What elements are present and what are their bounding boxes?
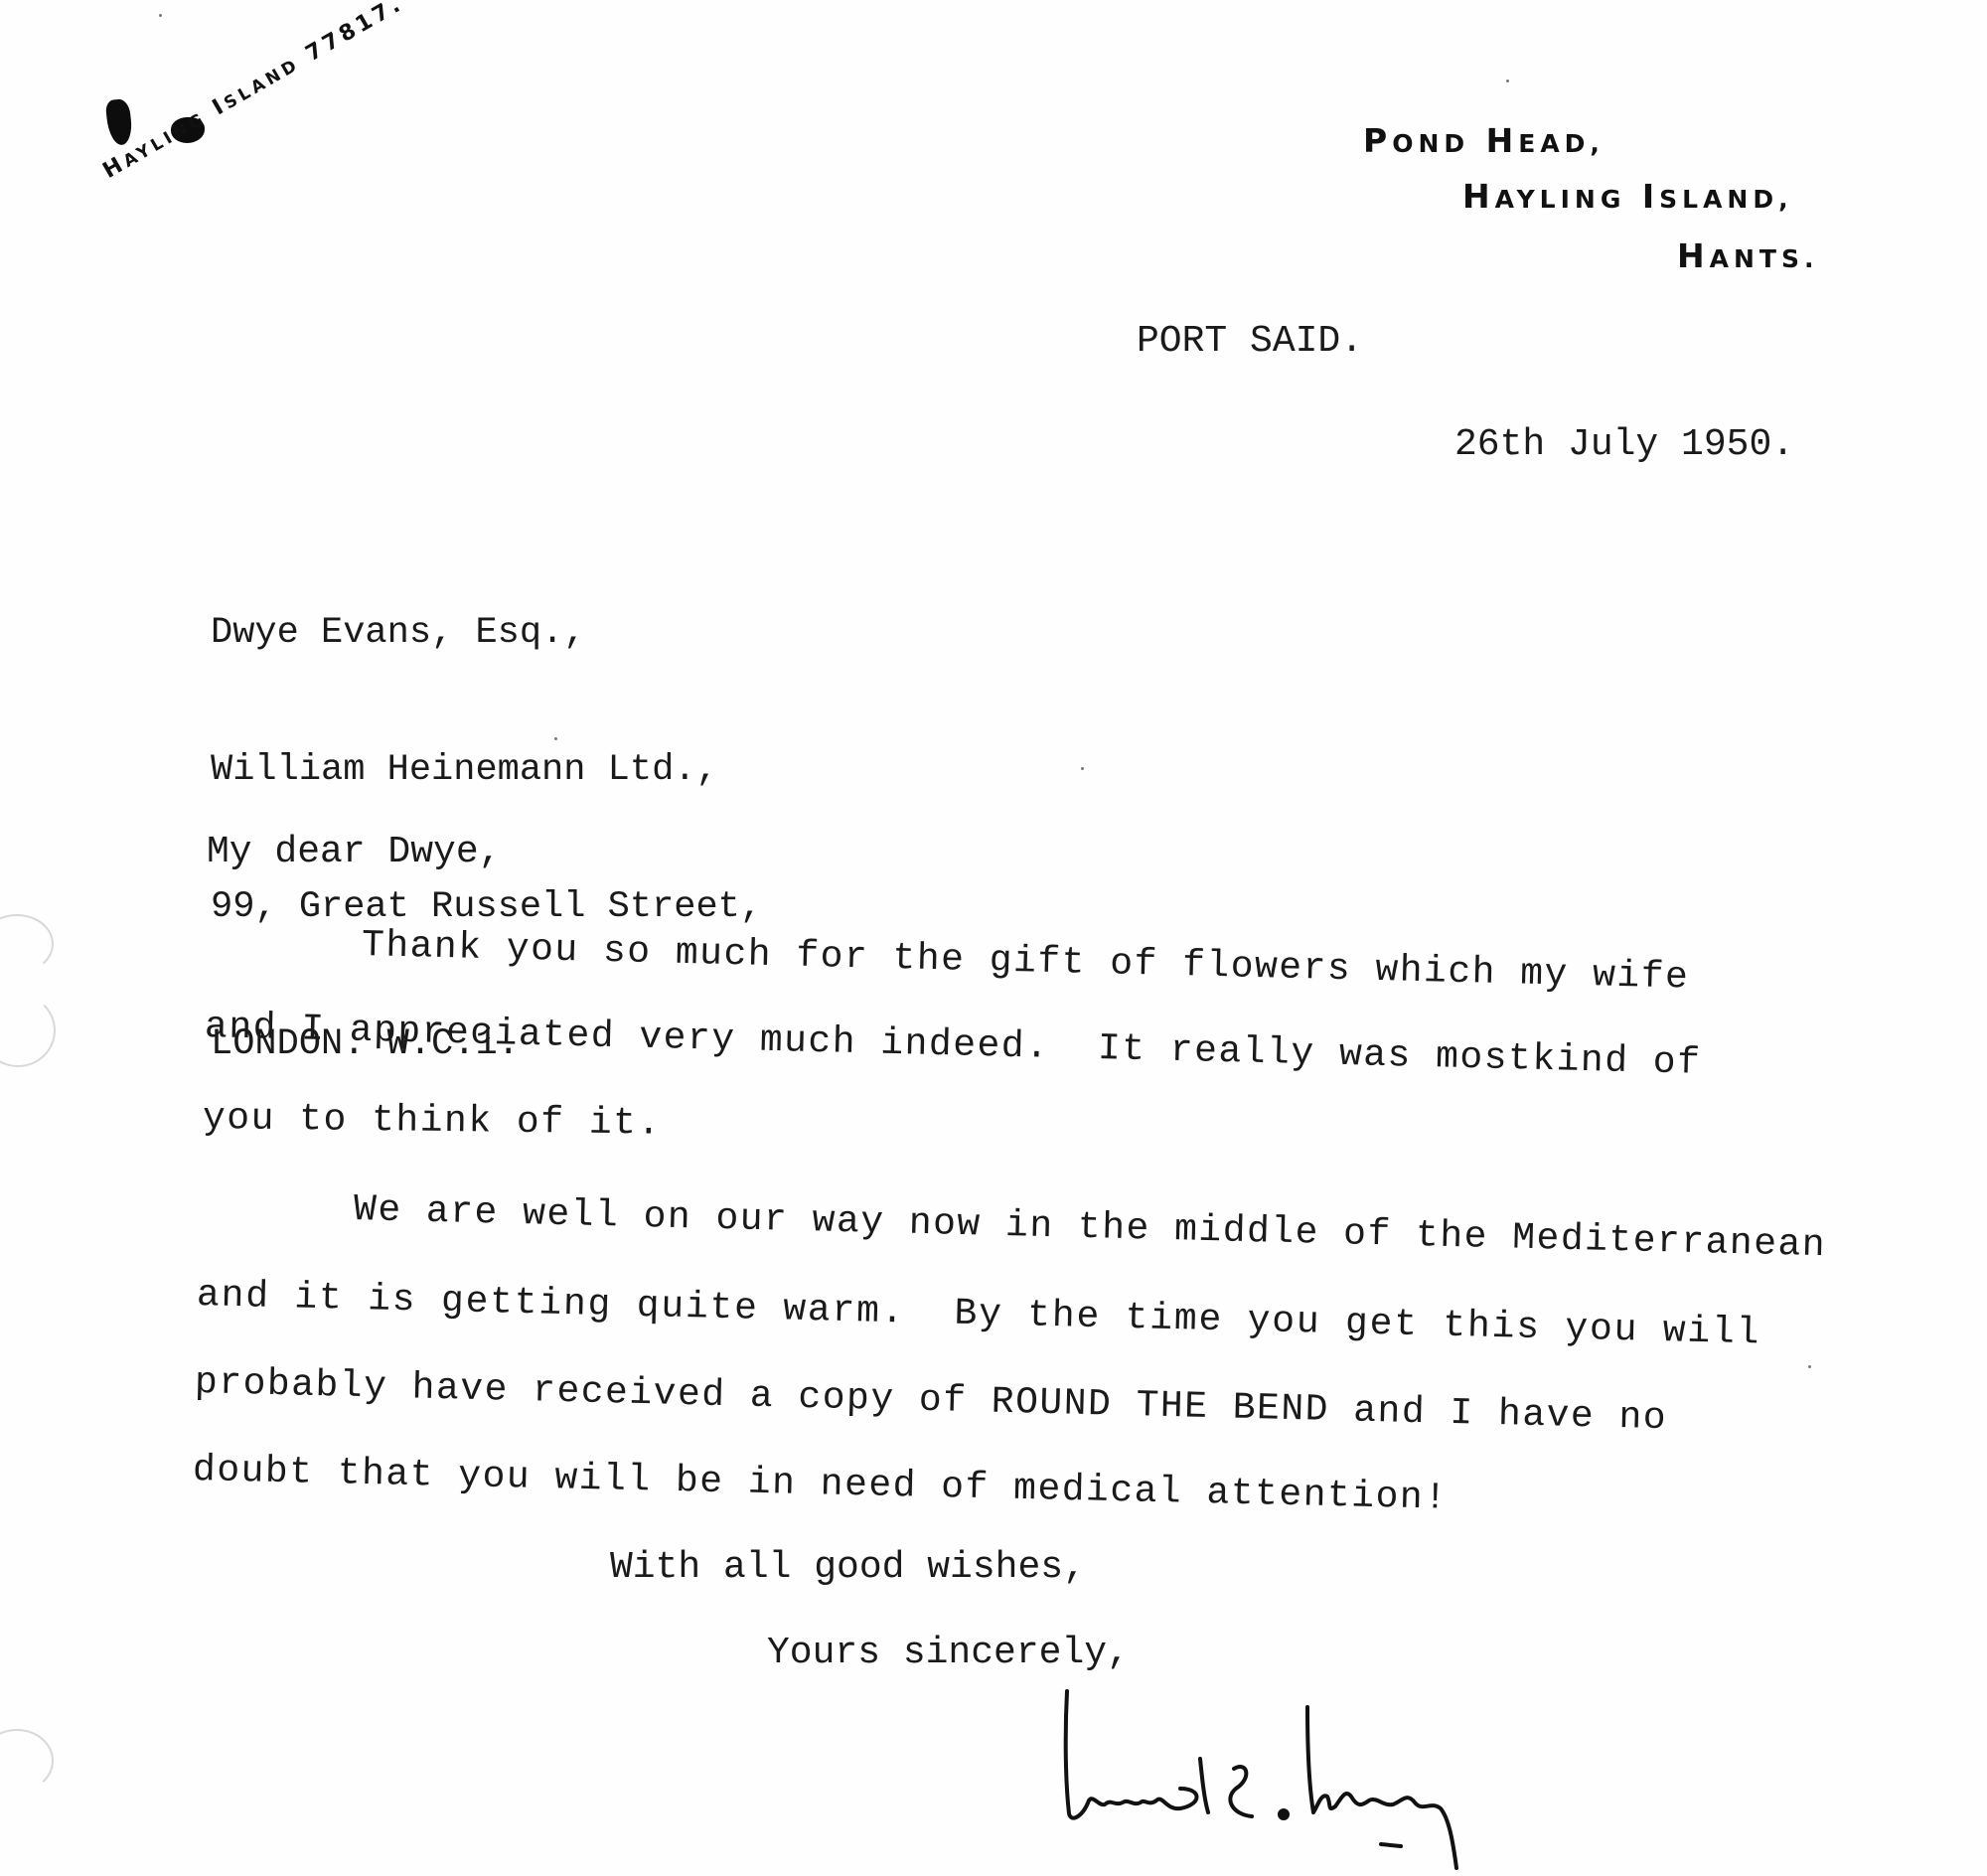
paper-speck	[1808, 1365, 1811, 1368]
tel-number: 77817.	[302, 0, 408, 67]
letter-date: 26th July 1950.	[1454, 423, 1794, 466]
paper-speck	[554, 737, 557, 740]
letterhead-address-line-3: HANTS.	[1677, 236, 1818, 275]
letterhead-telephone: HAYLING ISLAND 77817.	[99, 0, 408, 184]
ink-blot	[105, 98, 134, 146]
addr-text: H	[1486, 121, 1519, 160]
body-line: doubt that you will be in need of medica…	[193, 1449, 1449, 1520]
paper-speck	[1506, 79, 1509, 82]
body-line: you to think of it.	[203, 1097, 662, 1146]
closing: With all good wishes,	[610, 1546, 1086, 1589]
addr-text: EAD,	[1518, 129, 1605, 158]
punch-hole-mark	[0, 914, 54, 974]
addr-text: I	[1642, 177, 1659, 216]
punch-hole-mark	[0, 1729, 54, 1793]
letterhead-address-line-1: POND HEAD,	[1363, 121, 1605, 160]
body-line: We are well on our way now in the middle…	[353, 1188, 1826, 1267]
recipient-line: 99, Great Russell Street,	[211, 884, 762, 930]
recipient-line: Dwye Evans, Esq.,	[211, 610, 762, 656]
letter-page: HAYLING ISLAND 77817. POND HEAD, HAYLING…	[0, 0, 1987, 1876]
addr-text: SLAND,	[1659, 185, 1792, 214]
body-line: and it is getting quite warm. By the tim…	[196, 1274, 1760, 1354]
salutation: My dear Dwye,	[207, 831, 501, 873]
addr-text: OND	[1392, 129, 1469, 158]
signature-icon	[1053, 1689, 1470, 1876]
addr-text: ANTS.	[1710, 244, 1819, 273]
letter-place: PORT SAID.	[1137, 320, 1363, 363]
addr-text: P	[1363, 121, 1392, 160]
recipient-line: William Heinemann Ltd.,	[211, 747, 762, 793]
sign-off: Yours sincerely,	[767, 1632, 1130, 1674]
punch-hole-mark	[0, 994, 56, 1067]
addr-text: H	[1677, 236, 1710, 275]
addr-text: H	[1462, 177, 1495, 216]
letterhead-address-line-2: HAYLING ISLAND,	[1462, 177, 1793, 216]
paper-speck	[159, 14, 162, 17]
paper-speck	[1081, 767, 1084, 770]
tel-text: SLAND	[221, 55, 303, 114]
addr-text: AYLING	[1495, 185, 1626, 214]
body-line: probably have received a copy of ROUND T…	[194, 1361, 1667, 1440]
